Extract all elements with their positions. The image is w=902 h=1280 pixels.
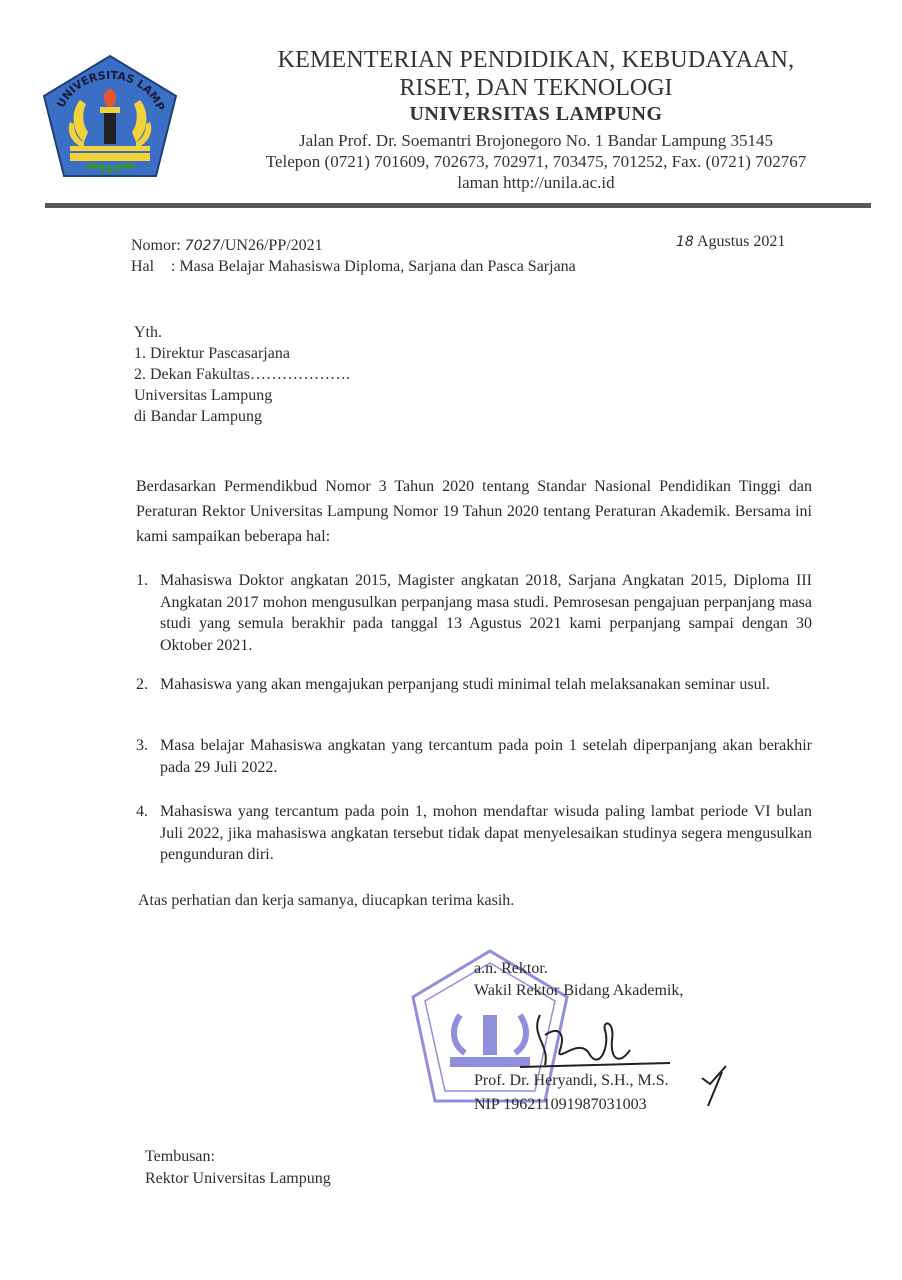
list-number: 4. xyxy=(136,801,148,823)
list-text: Mahasiswa yang tercantum pada poin 1, mo… xyxy=(160,801,812,866)
cc-recipient: Rektor Universitas Lampung xyxy=(145,1168,331,1189)
signature-icon xyxy=(520,1005,670,1075)
cc-label: Tembusan: xyxy=(145,1146,215,1167)
letter-number: Nomor: 7027/UN26/PP/2021 xyxy=(131,235,323,257)
list-number: 2. xyxy=(136,674,148,696)
points-list: 1. Mahasiswa Doktor angkatan 2015, Magis… xyxy=(136,570,812,890)
universitas-lampung-logo-icon: UNIVERSITAS LAMPUNG xyxy=(40,52,180,182)
ministry-name-line1: KEMENTERIAN PENDIDIKAN, KEBUDAYAAN, xyxy=(200,46,872,74)
handwritten-signature xyxy=(520,1005,670,1075)
list-item: 4. Mahasiswa yang tercantum pada poin 1,… xyxy=(136,801,812,866)
university-name: UNIVERSITAS LAMPUNG xyxy=(200,102,872,126)
letter-subject: Hal: Masa Belajar Mahasiswa Diploma, Sar… xyxy=(131,256,576,277)
university-logo: UNIVERSITAS LAMPUNG xyxy=(40,52,180,182)
list-item: 2. Mahasiswa yang akan mengajukan perpan… xyxy=(136,674,812,696)
signatory-name: Prof. Dr. Heryandi, S.H., M.S. xyxy=(474,1070,669,1092)
closing-sentence: Atas perhatian dan kerja samanya, diucap… xyxy=(138,890,514,911)
salutation: Yth. xyxy=(134,322,350,343)
recipient-line: 1. Direktur Pascasarjana xyxy=(134,343,350,364)
letter-date: 18 Agustus 2021 xyxy=(676,231,785,253)
list-number: 3. xyxy=(136,735,148,757)
list-text: Mahasiswa Doktor angkatan 2015, Magister… xyxy=(160,570,812,656)
university-address: Jalan Prof. Dr. Soemantri Brojonegoro No… xyxy=(200,130,872,151)
date-handwritten: 18 xyxy=(676,234,694,250)
recipient-block: Yth. 1. Direktur Pascasarjana 2. Dekan F… xyxy=(134,322,350,427)
signatory-position: Wakil Rektor Bidang Akademik, xyxy=(474,980,683,1002)
list-number: 1. xyxy=(136,570,148,592)
list-item: 1. Mahasiswa Doktor angkatan 2015, Magis… xyxy=(136,570,812,656)
ministry-name-line2: RISET, DAN TEKNOLOGI xyxy=(200,74,872,102)
recipient-line: di Bandar Lampung xyxy=(134,406,350,427)
list-text: Masa belajar Mahasiswa angkatan yang ter… xyxy=(160,735,812,778)
list-text: Mahasiswa yang akan mengajukan perpanjan… xyxy=(160,674,812,696)
recipient-line: Universitas Lampung xyxy=(134,385,350,406)
signatory-nip: NIP 196211091987031003 xyxy=(474,1094,647,1116)
hal-value: Masa Belajar Mahasiswa Diploma, Sarjana … xyxy=(179,258,575,275)
hal-label: Hal xyxy=(131,256,171,277)
university-phone: Telepon (0721) 701609, 702673, 702971, 7… xyxy=(200,151,872,172)
intro-paragraph: Berdasarkan Permendikbud Nomor 3 Tahun 2… xyxy=(136,474,812,549)
colon: : xyxy=(176,237,184,254)
letterhead-divider xyxy=(45,203,871,208)
university-website: laman http://unila.ac.id xyxy=(200,172,872,193)
recipient-line: 2. Dekan Fakultas………………. xyxy=(134,364,350,385)
nomor-handwritten: 7027 xyxy=(185,238,221,254)
on-behalf-line: a.n. Rektor. xyxy=(474,958,548,980)
nomor-label: Nomor xyxy=(131,237,176,254)
check-mark-icon xyxy=(700,1062,730,1108)
nomor-value: /UN26/PP/2021 xyxy=(220,237,322,254)
date-value: Agustus 2021 xyxy=(697,233,785,250)
list-item: 3. Masa belajar Mahasiswa angkatan yang … xyxy=(136,735,812,778)
